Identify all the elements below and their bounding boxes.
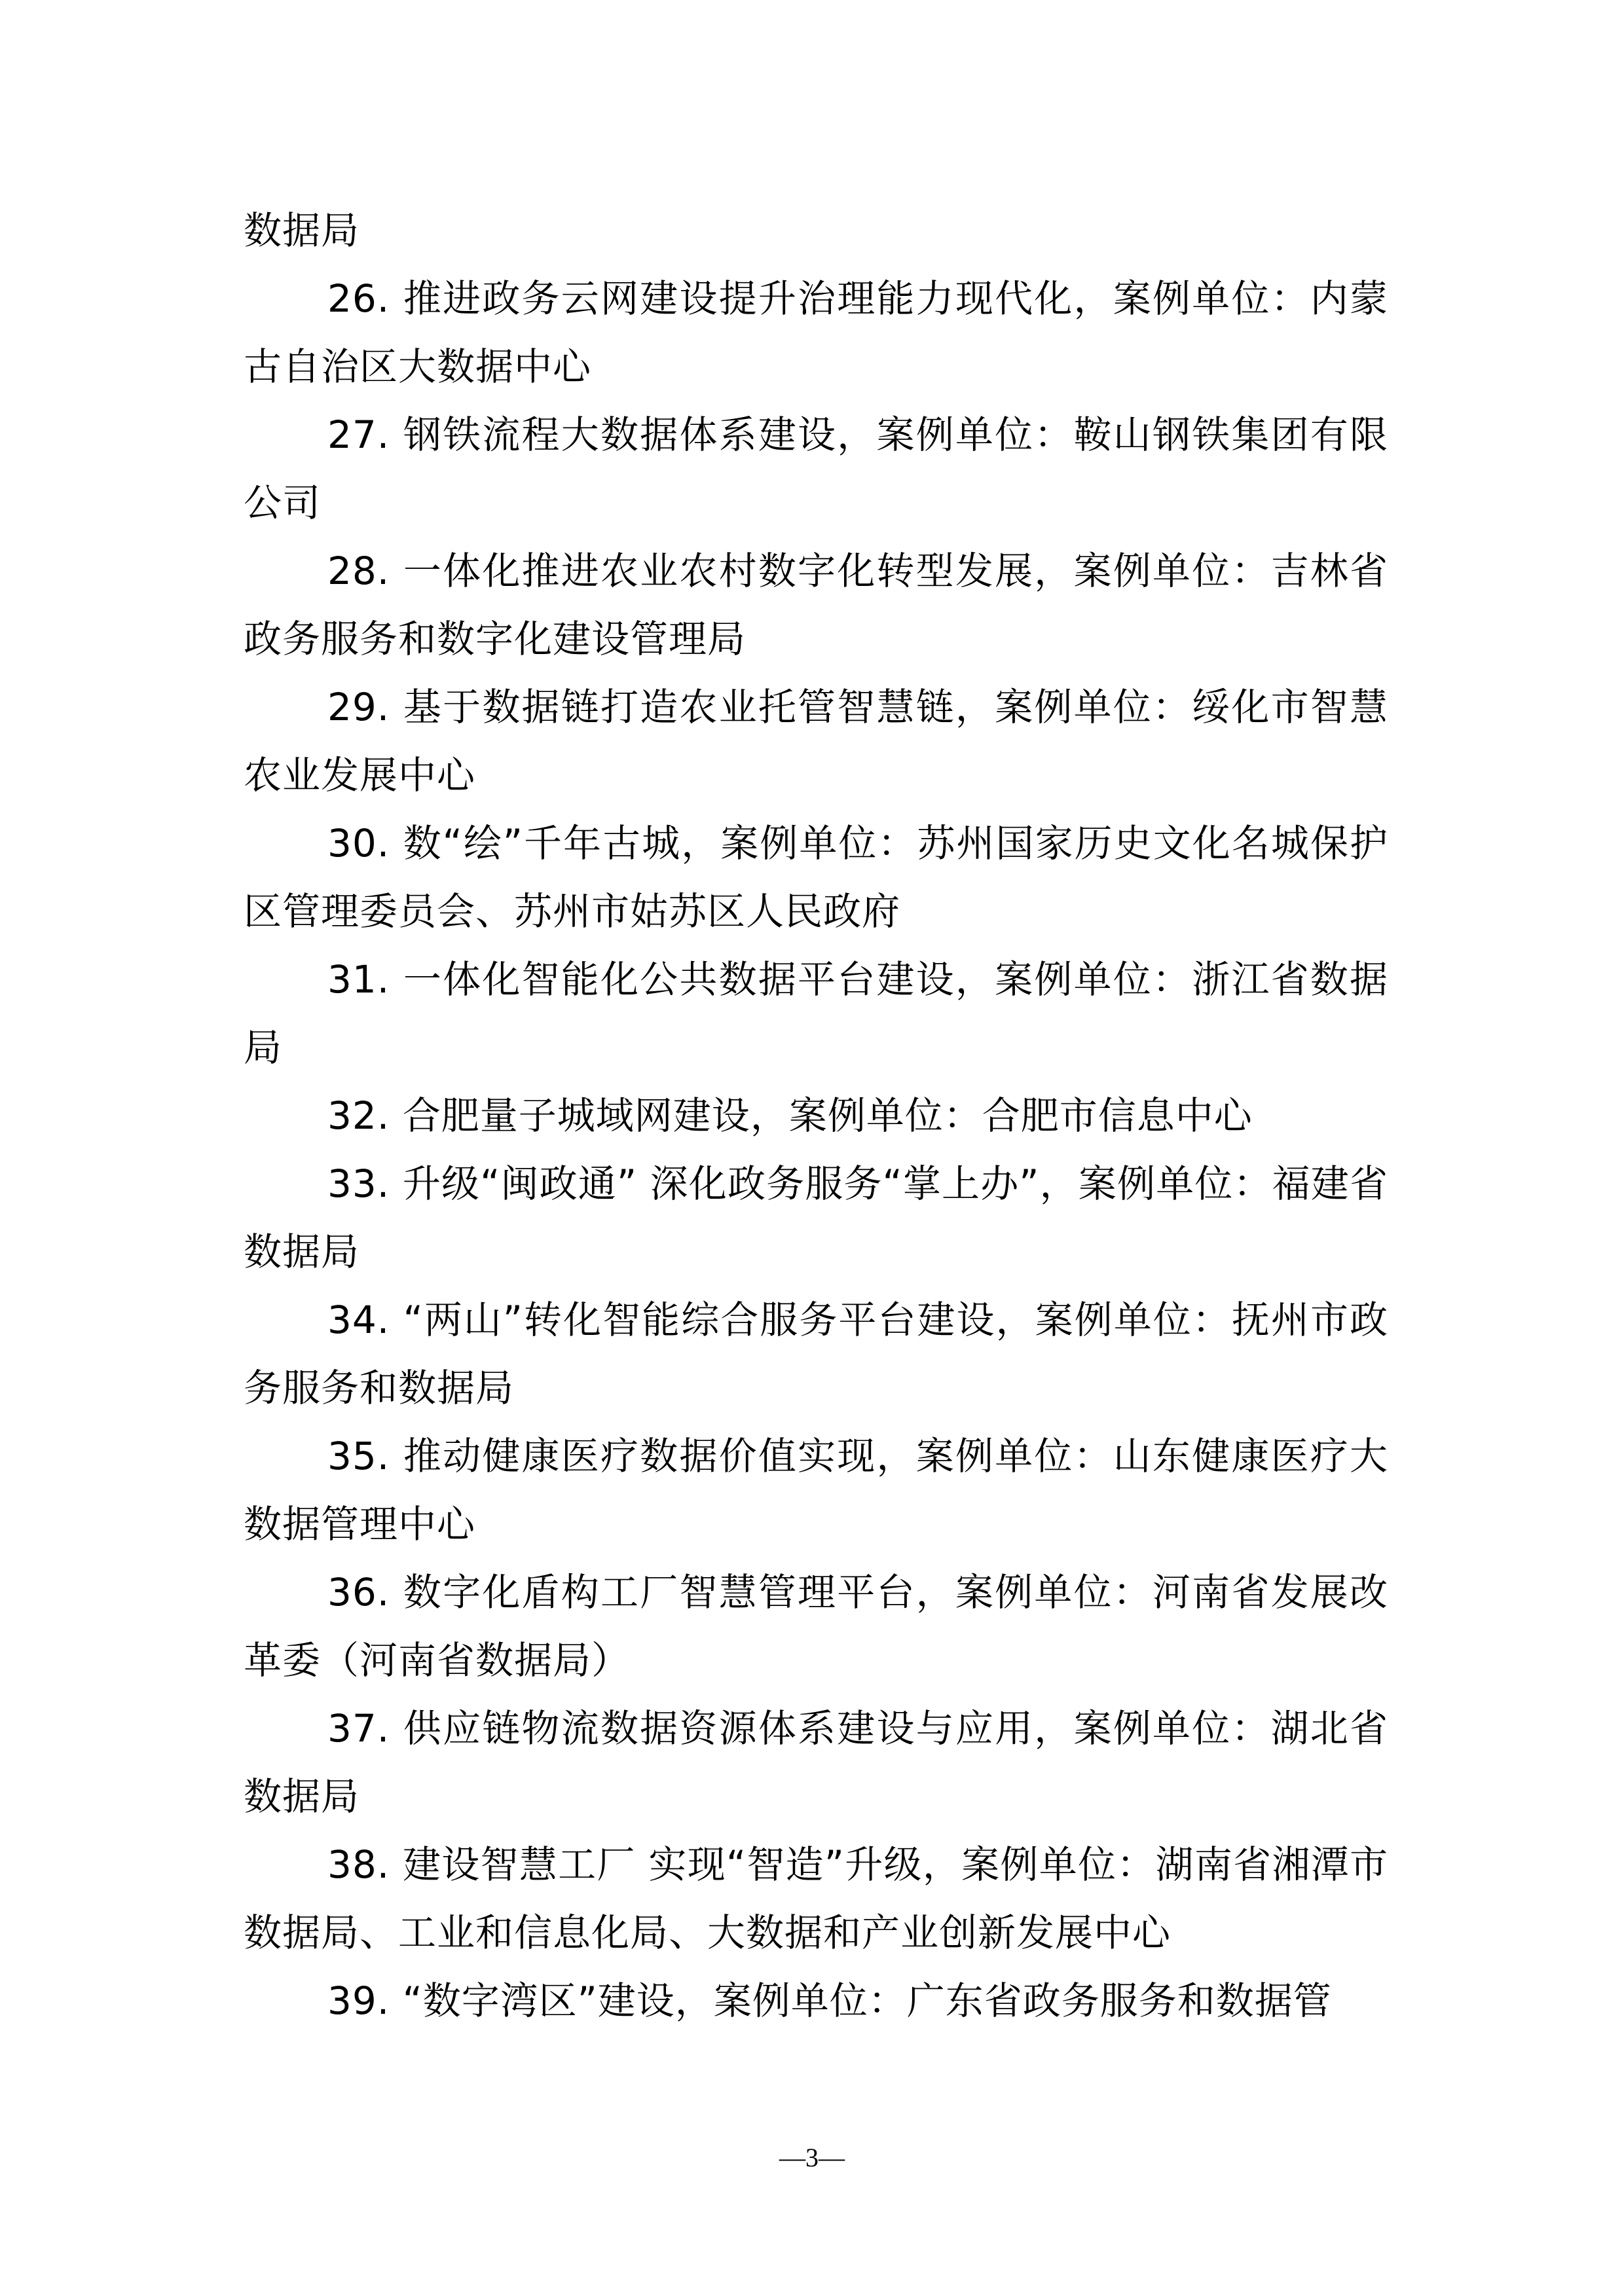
list-item-28: 28. 一体化推进农业农村数字化转型发展，案例单位：吉林省政务服务和数字化建设管… xyxy=(244,537,1388,673)
item-number: 35. xyxy=(327,1434,390,1478)
item-number: 38. xyxy=(327,1842,390,1887)
item-number: 31. xyxy=(327,957,390,1002)
list-item-32: 32. 合肥量子城域网建设，案例单位：合肥市信息中心 xyxy=(244,1082,1388,1150)
item-text: 基于数据链打造农业托管智慧链，案例单位：绥化市智慧农业发展中心 xyxy=(244,685,1388,797)
item-text: 推动健康医疗数据价值实现，案例单位：山东健康医疗大数据管理中心 xyxy=(244,1434,1388,1546)
item-text: 数“绘”千年古城，案例单位：苏州国家历史文化名城保护区管理委员会、苏州市姑苏区人… xyxy=(244,821,1388,934)
item-text: 一体化推进农业农村数字化转型发展，案例单位：吉林省政务服务和数字化建设管理局 xyxy=(244,549,1388,661)
item-text: “两山”转化智能综合服务平台建设，案例单位：抚州市政务服务和数据局 xyxy=(244,1298,1388,1410)
list-item-27: 27. 钢铁流程大数据体系建设，案例单位：鞍山钢铁集团有限公司 xyxy=(244,401,1388,537)
item-text: 建设智慧工厂 实现“智造”升级，案例单位：湖南省湘潭市数据局、工业和信息化局、大… xyxy=(244,1842,1388,1955)
item-number: 37. xyxy=(327,1706,390,1751)
item-number: 34. xyxy=(327,1298,390,1342)
continuation-text: 数据局 xyxy=(244,196,1388,264)
item-text: 升级“闽政通” 深化政务服务“掌上办”，案例单位：福建省数据局 xyxy=(244,1161,1388,1274)
item-text: 钢铁流程大数据体系建设，案例单位：鞍山钢铁集团有限公司 xyxy=(244,412,1388,525)
item-text: 推进政务云网建设提升治理能力现代化，案例单位：内蒙古自治区大数据中心 xyxy=(244,276,1388,389)
item-text: 合肥量子城域网建设，案例单位：合肥市信息中心 xyxy=(403,1093,1253,1138)
list-item-30: 30. 数“绘”千年古城，案例单位：苏州国家历史文化名城保护区管理委员会、苏州市… xyxy=(244,809,1388,945)
item-text: 一体化智能化公共数据平台建设，案例单位：浙江省数据局 xyxy=(244,957,1388,1070)
item-number: 33. xyxy=(327,1161,390,1206)
item-number: 27. xyxy=(327,412,390,457)
item-number: 32. xyxy=(327,1093,390,1138)
item-number: 26. xyxy=(327,276,390,321)
item-number: 29. xyxy=(327,685,390,729)
item-number: 39. xyxy=(327,1978,390,2023)
list-item-38: 38. 建设智慧工厂 实现“智造”升级，案例单位：湖南省湘潭市数据局、工业和信息… xyxy=(244,1831,1388,1967)
list-item-26: 26. 推进政务云网建设提升治理能力现代化，案例单位：内蒙古自治区大数据中心 xyxy=(244,264,1388,401)
document-body: 数据局 26. 推进政务云网建设提升治理能力现代化，案例单位：内蒙古自治区大数据… xyxy=(244,196,1388,2035)
item-number: 30. xyxy=(327,821,390,866)
list-item-36: 36. 数字化盾构工厂智慧管理平台，案例单位：河南省发展改革委（河南省数据局） xyxy=(244,1558,1388,1694)
list-item-29: 29. 基于数据链打造农业托管智慧链，案例单位：绥化市智慧农业发展中心 xyxy=(244,673,1388,809)
list-item-34: 34. “两山”转化智能综合服务平台建设，案例单位：抚州市政务服务和数据局 xyxy=(244,1286,1388,1422)
list-item-37: 37. 供应链物流数据资源体系建设与应用，案例单位：湖北省数据局 xyxy=(244,1694,1388,1831)
list-item-39: 39. “数字湾区”建设，案例单位：广东省政务服务和数据管 xyxy=(244,1967,1388,2035)
page-number: —3— xyxy=(0,2142,1624,2173)
list-item-31: 31. 一体化智能化公共数据平台建设，案例单位：浙江省数据局 xyxy=(244,945,1388,1082)
list-item-33: 33. 升级“闽政通” 深化政务服务“掌上办”，案例单位：福建省数据局 xyxy=(244,1150,1388,1286)
item-text: 数字化盾构工厂智慧管理平台，案例单位：河南省发展改革委（河南省数据局） xyxy=(244,1570,1388,1683)
item-text: 供应链物流数据资源体系建设与应用，案例单位：湖北省数据局 xyxy=(244,1706,1388,1819)
item-number: 28. xyxy=(327,549,390,593)
item-text: “数字湾区”建设，案例单位：广东省政务服务和数据管 xyxy=(403,1978,1332,2023)
item-number: 36. xyxy=(327,1570,390,1614)
list-item-35: 35. 推动健康医疗数据价值实现，案例单位：山东健康医疗大数据管理中心 xyxy=(244,1422,1388,1558)
